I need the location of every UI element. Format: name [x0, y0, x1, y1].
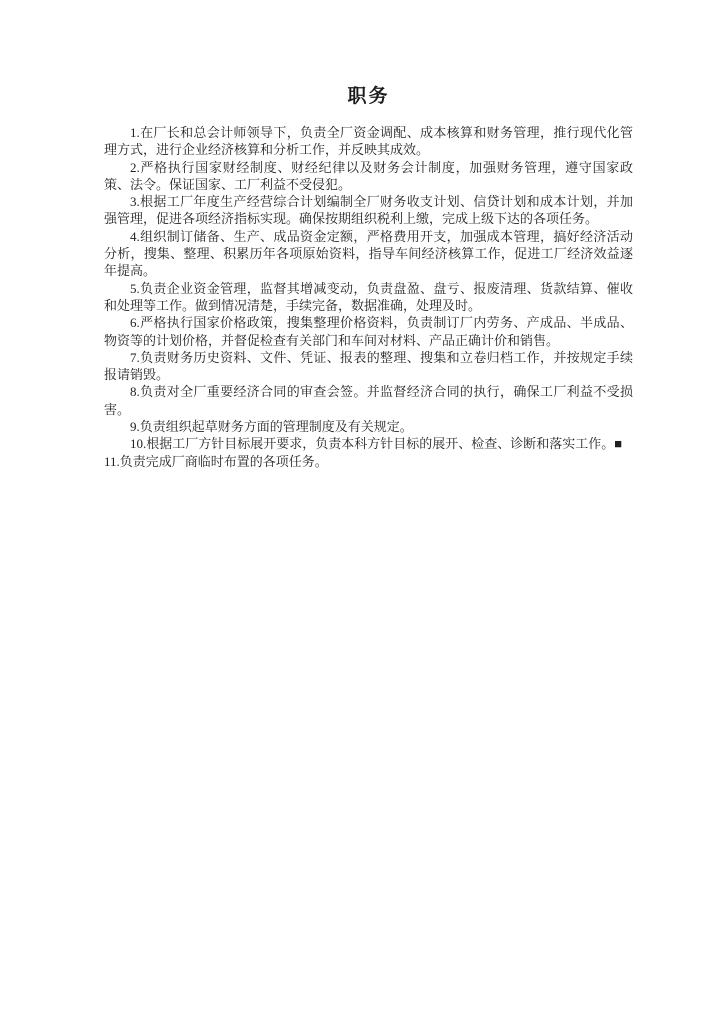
- duty-item-10: 10.根据工厂方针目标展开要求，负责本科方针目标的展开、检查、诊断和落实工作。■: [104, 435, 633, 452]
- duty-item-4: 4.组织制订储备、生产、成品资金定额，严格费用开支，加强成本管理，搞好经济活动分…: [104, 228, 633, 280]
- duty-item-9: 9.负责组织起草财务方面的管理制度及有关规定。: [104, 418, 633, 435]
- document-title: 职务: [104, 84, 633, 110]
- duty-item-2: 2.严格执行国家财经制度、财经纪律以及财务会计制度，加强财务管理，遵守国家政策、…: [104, 159, 633, 194]
- duty-item-7: 7.负责财务历史资料、文件、凭证、报表的整理、搜集和立卷归档工作，并按规定手续报…: [104, 349, 633, 384]
- document-page: 职务 1.在厂长和总会计师领导下，负责全厂资金调配、成本核算和财务管理，推行现代…: [0, 0, 720, 1017]
- duty-item-5: 5.负责企业资金管理，监督其增减变动，负责盘盈、盘亏、报废清理、货款结算、催收和…: [104, 280, 633, 315]
- duty-item-8: 8.负责对全厂重要经济合同的审查会签。并监督经济合同的执行，确保工厂利益不受损害…: [104, 383, 633, 418]
- duty-item-11: 11.负责完成厂商临时布置的各项任务。: [104, 453, 633, 470]
- duty-item-3: 3.根据工厂年度生产经营综合计划编制全厂财务收支计划、信贷计划和成本计划，并加强…: [104, 193, 633, 228]
- duty-item-6: 6.严格执行国家价格政策，搜集整理价格资料，负责制订厂内劳务、产成品、半成品、物…: [104, 314, 633, 349]
- duty-list: 1.在厂长和总会计师领导下，负责全厂资金调配、成本核算和财务管理，推行现代化管理…: [104, 124, 633, 470]
- duty-item-1: 1.在厂长和总会计师领导下，负责全厂资金调配、成本核算和财务管理，推行现代化管理…: [104, 124, 633, 159]
